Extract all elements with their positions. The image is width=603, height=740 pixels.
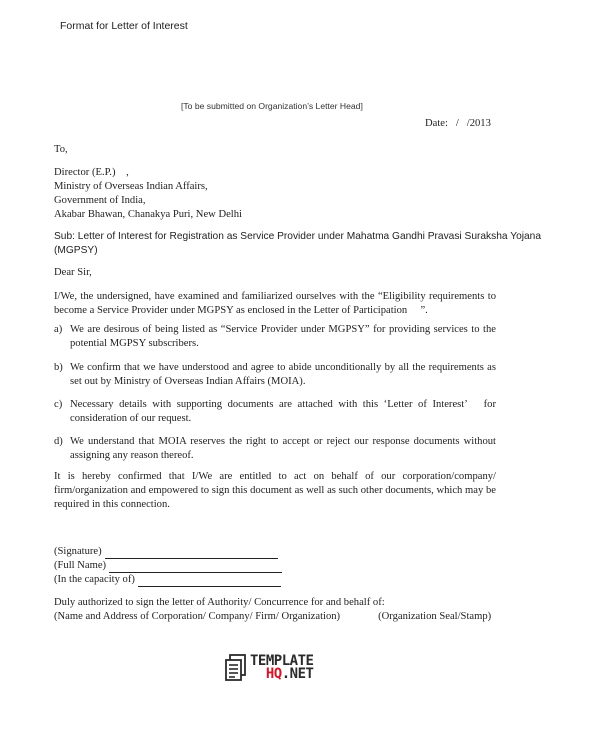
address-line: Government of India,	[54, 194, 242, 208]
full-name-line	[109, 563, 282, 573]
signature-field: (Signature)	[54, 545, 282, 559]
signature-line	[105, 549, 278, 559]
to-label: To,	[54, 144, 68, 155]
recipient-address: Director (E.P.) , Ministry of Overseas I…	[54, 166, 242, 222]
name-address-label: (Name and Address of Corporation/ Compan…	[54, 610, 340, 624]
list-item: c) Necessary details with supporting doc…	[54, 398, 496, 426]
list-marker: b)	[54, 361, 63, 375]
address-line: Akabar Bhawan, Chanakya Puri, New Delhi	[54, 208, 242, 222]
address-line: Director (E.P.) ,	[54, 166, 242, 180]
document-stack-icon	[225, 654, 247, 682]
date-line: Date: / /2013	[425, 118, 491, 129]
full-name-field: (Full Name)	[54, 559, 282, 573]
watermark-line2: HQ.NET	[250, 668, 313, 681]
subject-line: Sub: Letter of Interest for Registration…	[54, 230, 544, 258]
full-name-label: (Full Name)	[54, 559, 106, 573]
capacity-field: (In the capacity of)	[54, 573, 282, 587]
list-text: We understand that MOIA reserves the rig…	[70, 435, 496, 463]
address-line: Ministry of Overseas Indian Affairs,	[54, 180, 242, 194]
seal-label: (Organization Seal/Stamp)	[378, 610, 491, 624]
document-title: Format for Letter of Interest	[60, 20, 188, 32]
capacity-line	[138, 577, 281, 587]
list-item: a) We are desirous of being listed as “S…	[54, 323, 496, 351]
confirmation-paragraph: It is hereby confirmed that I/We are ent…	[54, 470, 496, 512]
list-marker: c)	[54, 398, 62, 412]
list-item: b) We confirm that we have understood an…	[54, 361, 496, 389]
watermark-accent: HQ	[266, 666, 282, 682]
list-marker: a)	[54, 323, 62, 337]
authorization-block: Duly authorized to sign the letter of Au…	[54, 596, 491, 624]
authorization-line: Duly authorized to sign the letter of Au…	[54, 596, 491, 610]
intro-paragraph: I/We, the undersigned, have examined and…	[54, 290, 496, 318]
list-text: We confirm that we have understood and a…	[70, 361, 496, 389]
salutation: Dear Sir,	[54, 267, 92, 278]
list-text: We are desirous of being listed as “Serv…	[70, 323, 496, 351]
watermark-logo: TEMPLATE HQ.NET	[225, 654, 313, 682]
watermark-text: TEMPLATE HQ.NET	[250, 655, 313, 681]
list-item: d) We understand that MOIA reserves the …	[54, 435, 496, 463]
letterhead-note: [To be submitted on Organization’s Lette…	[181, 101, 363, 111]
signature-label: (Signature)	[54, 545, 102, 559]
watermark-domain: .NET	[282, 666, 314, 682]
list-marker: d)	[54, 435, 63, 449]
capacity-label: (In the capacity of)	[54, 573, 135, 587]
list-text: Necessary details with supporting docume…	[70, 398, 496, 426]
signature-block: (Signature) (Full Name) (In the capacity…	[54, 545, 282, 587]
